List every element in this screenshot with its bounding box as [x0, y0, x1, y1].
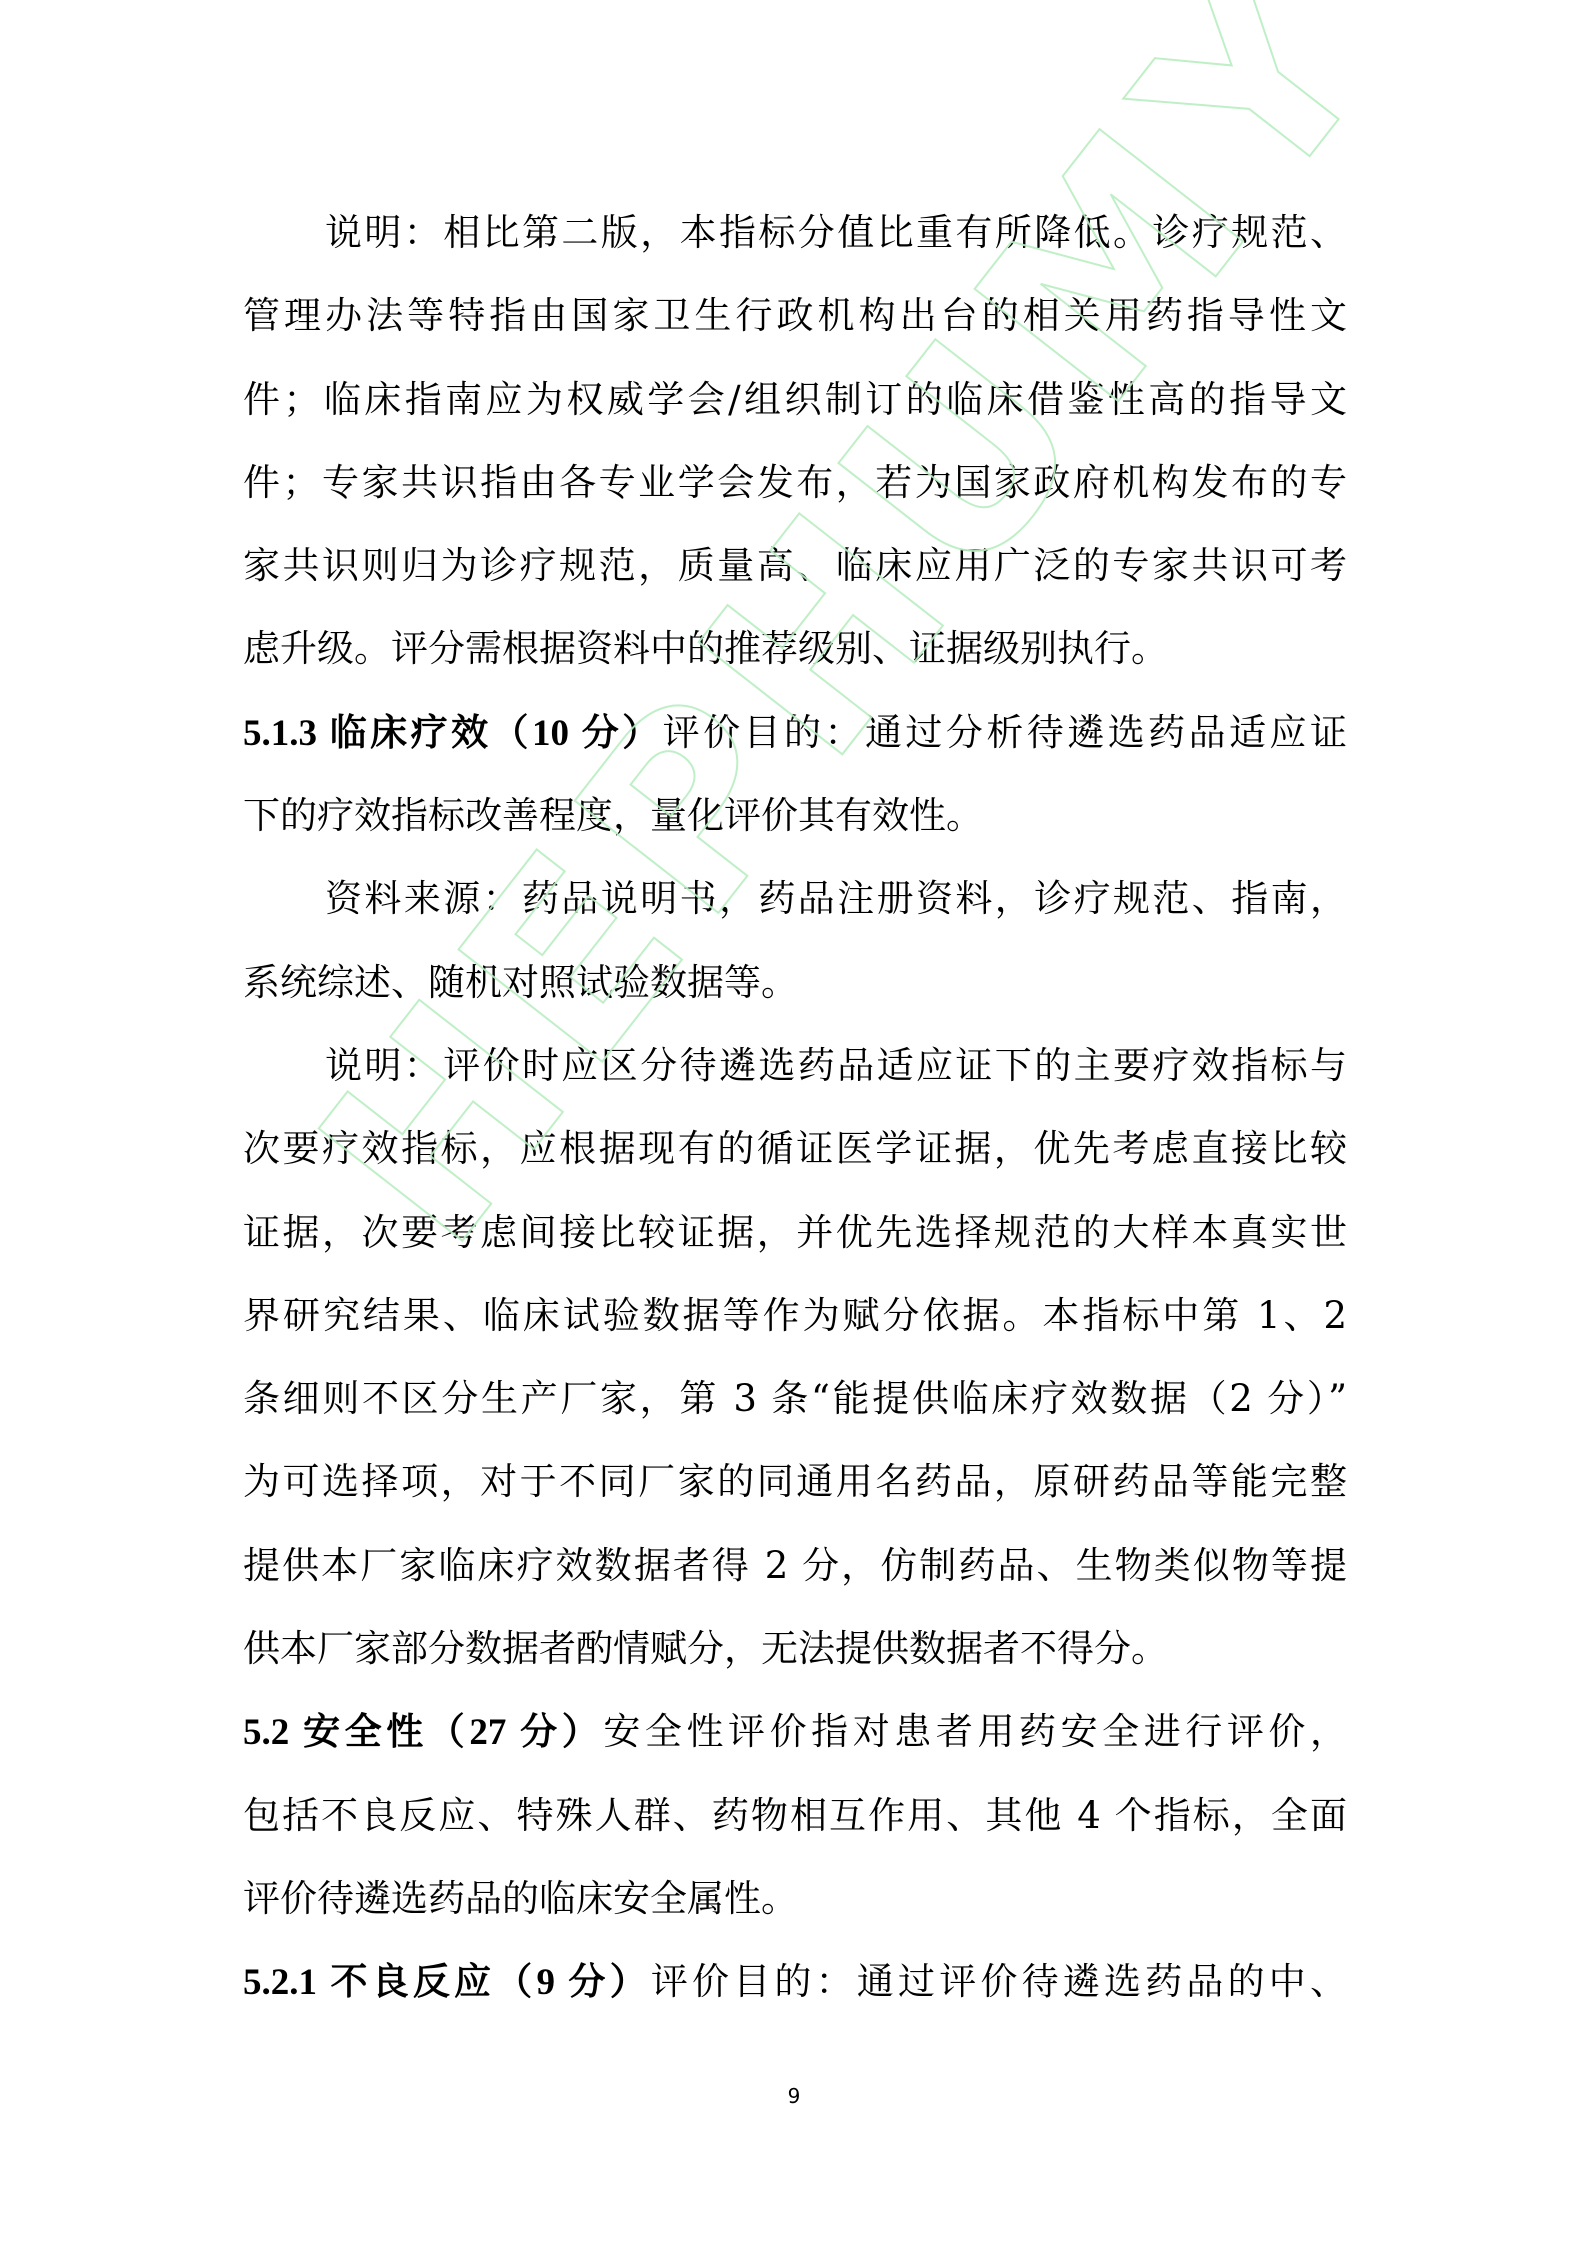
section-heading-5-1-3: 5.1.3 临床疗效（10 分）: [243, 713, 663, 754]
section-heading-5-2: 5.2 安全性（27 分）: [243, 1712, 603, 1753]
text-line: 提供本厂家临床疗效数据者得 2 分，仿制药品、生物类似物等提: [243, 1524, 1347, 1607]
text-line: 供本厂家部分数据者酌情赋分，无法提供数据者不得分。: [243, 1607, 1347, 1690]
section-intro: 评价目的：通过评价待遴选药品的中、: [651, 1960, 1347, 2003]
text-line: 下的疗效指标改善程度，量化评价其有效性。: [243, 774, 1347, 857]
text-line: 资料来源：药品说明书，药品注册资料，诊疗规范、指南，: [243, 857, 1347, 940]
text-line: 界研究结果、临床试验数据等作为赋分依据。本指标中第 1、2: [243, 1274, 1347, 1357]
text-line: 家共识则归为诊疗规范，质量高、临床应用广泛的专家共识可考: [243, 524, 1347, 607]
text-line: 虑升级。评分需根据资料中的推荐级别、证据级别执行。: [243, 607, 1347, 690]
section-5-2-1-line: 5.2.1 不良反应（9 分）评价目的：通过评价待遴选药品的中、: [243, 1940, 1347, 2023]
text-line: 说明：相比第二版，本指标分值比重有所降低。诊疗规范、: [243, 191, 1347, 274]
page-number: 9: [0, 2084, 1588, 2108]
text-line: 证据，次要考虑间接比较证据，并优先选择规范的大样本真实世: [243, 1191, 1347, 1274]
text-line: 系统综述、随机对照试验数据等。: [243, 941, 1347, 1024]
text-line: 管理办法等特指由国家卫生行政机构出台的相关用药指导性文: [243, 274, 1347, 357]
section-heading-5-2-1: 5.2.1 不良反应（9 分）: [243, 1962, 651, 2003]
text-line: 件；专家共识指由各专业学会发布，若为国家政府机构发布的专: [243, 441, 1347, 524]
document-page: HEPHUMY 说明：相比第二版，本指标分值比重有所降低。诊疗规范、 管理办法等…: [0, 0, 1588, 2245]
text-line: 次要疗效指标，应根据现有的循证医学证据，优先考虑直接比较: [243, 1107, 1347, 1190]
text-line: 为可选择项，对于不同厂家的同通用名药品，原研药品等能完整: [243, 1440, 1347, 1523]
text-line: 评价待遴选药品的临床安全属性。: [243, 1857, 1347, 1940]
text-line: 件；临床指南应为权威学会/组织制订的临床借鉴性高的指导文: [243, 358, 1347, 441]
section-intro: 评价目的：通过分析待遴选药品适应证: [663, 711, 1347, 754]
text-line: 包括不良反应、特殊人群、药物相互作用、其他 4 个指标，全面: [243, 1774, 1347, 1857]
text-line: 说明：评价时应区分待遴选药品适应证下的主要疗效指标与: [243, 1024, 1347, 1107]
section-5-1-3-line: 5.1.3 临床疗效（10 分）评价目的：通过分析待遴选药品适应证: [243, 691, 1347, 774]
text-line: 条细则不区分生产厂家，第 3 条“能提供临床疗效数据（2 分）”: [243, 1357, 1347, 1440]
section-intro: 安全性评价指对患者用药安全进行评价，: [603, 1710, 1347, 1753]
body-text: 说明：相比第二版，本指标分值比重有所降低。诊疗规范、 管理办法等特指由国家卫生行…: [243, 191, 1347, 2024]
section-5-2-line: 5.2 安全性（27 分）安全性评价指对患者用药安全进行评价，: [243, 1690, 1347, 1773]
